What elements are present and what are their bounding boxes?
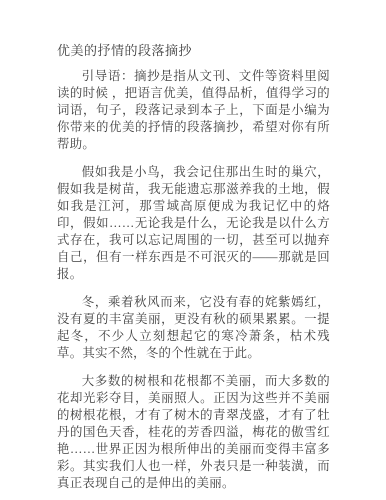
document-page: 优美的抒情的段落摘抄 引导语：摘抄是指从文刊、文件等资料里阅读的时候 ，把语言优… [0,0,386,500]
document-content: 优美的抒情的段落摘抄 引导语：摘抄是指从文刊、文件等资料里阅读的时候 ，把语言优… [57,42,330,500]
paragraph-intro: 引导语：摘抄是指从文刊、文件等资料里阅读的时候 ，把语言优美，值得品析，值得学习… [57,68,330,153]
document-title: 优美的抒情的段落摘抄 [57,42,330,59]
paragraph-bird-metaphor: 假如我是小鸟，我会记住那出生时的巢穴，假如我是树苗，我无能遗忘那滋养我的土地，假… [57,164,330,283]
paragraph-roots: 大多数的树根和花根都不美丽，而大多数的花却光彩夺目，美丽照人。正因为这些并不美丽… [57,373,330,492]
paragraph-winter: 冬，乘着秋风而来，它没有春的姹紫嫣红，没有夏的丰富美丽，更没有秋的硕果累累。一提… [57,294,330,362]
